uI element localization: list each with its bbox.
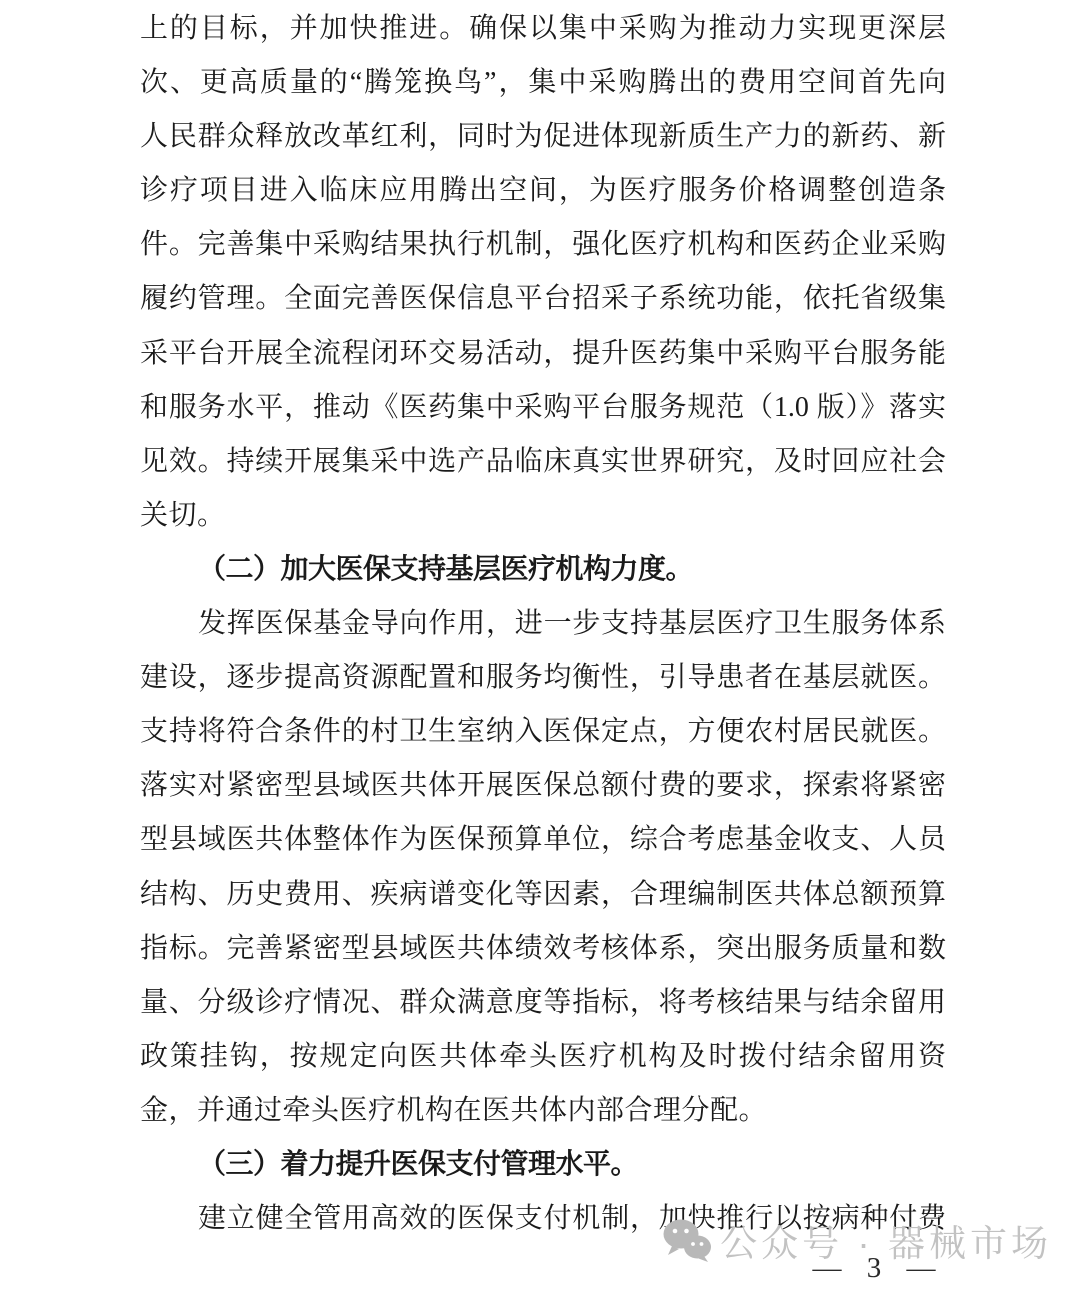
document-body: 上的目标，并加快推进。确保以集中采购为推动力实现更深层 次、更高质量的“腾笼换鸟… (140, 2, 946, 1246)
body-line: 支持将符合条件的村卫生室纳入医保定点，方便农村居民就医。 (140, 705, 946, 759)
section-heading: （三）着力提升医保支付管理水平。 (140, 1138, 946, 1192)
body-line: 结构、历史费用、疾病谱变化等因素，合理编制医共体总额预算 (140, 868, 946, 922)
body-line: 关切。 (140, 489, 946, 543)
body-line: 指标。完善紧密型县域医共体绩效考核体系，突出服务质量和数 (140, 922, 946, 976)
body-line: 金，并通过牵头医疗机构在医共体内部合理分配。 (140, 1084, 946, 1138)
body-line: 履约管理。全面完善医保信息平台招采子系统功能，依托省级集 (140, 272, 946, 326)
body-line: 件。完善集中采购结果执行机制，强化医疗机构和医药企业采购 (140, 218, 946, 272)
body-line: 型县域医共体整体作为医保预算单位，综合考虑基金收支、人员 (140, 813, 946, 867)
body-line: 上的目标，并加快推进。确保以集中采购为推动力实现更深层 (140, 2, 946, 56)
body-line: 政策挂钩，按规定向医共体牵头医疗机构及时拨付结余留用资 (140, 1030, 946, 1084)
body-line: 和服务水平，推动《医药集中采购平台服务规范（1.0 版）》落实 (140, 381, 946, 435)
body-line: 建立健全管用高效的医保支付机制，加快推行以按病种付费 (140, 1192, 946, 1246)
body-line: 见效。持续开展集采中选产品临床真实世界研究，及时回应社会 (140, 435, 946, 489)
body-line: 发挥医保基金导向作用，进一步支持基层医疗卫生服务体系 (140, 597, 946, 651)
body-line: 采平台开展全流程闭环交易活动，提升医药集中采购平台服务能力 (140, 327, 946, 381)
document-page: 上的目标，并加快推进。确保以集中采购为推动力实现更深层 次、更高质量的“腾笼换鸟… (0, 0, 1080, 1289)
body-line: 建设，逐步提高资源配置和服务均衡性，引导患者在基层就医。 (140, 651, 946, 705)
section-heading: （二）加大医保支持基层医疗机构力度。 (140, 543, 946, 597)
body-line: 落实对紧密型县域医共体开展医保总额付费的要求，探索将紧密 (140, 759, 946, 813)
page-number: — 3 — (800, 1252, 950, 1285)
body-line: 诊疗项目进入临床应用腾出空间，为医疗服务价格调整创造条 (140, 164, 946, 218)
body-line: 量、分级诊疗情况、群众满意度等指标，将考核结果与结余留用 (140, 976, 946, 1030)
body-line: 人民群众释放改革红利，同时为促进体现新质生产力的新药、新 (140, 110, 946, 164)
body-line: 次、更高质量的“腾笼换鸟”，集中采购腾出的费用空间首先向 (140, 56, 946, 110)
